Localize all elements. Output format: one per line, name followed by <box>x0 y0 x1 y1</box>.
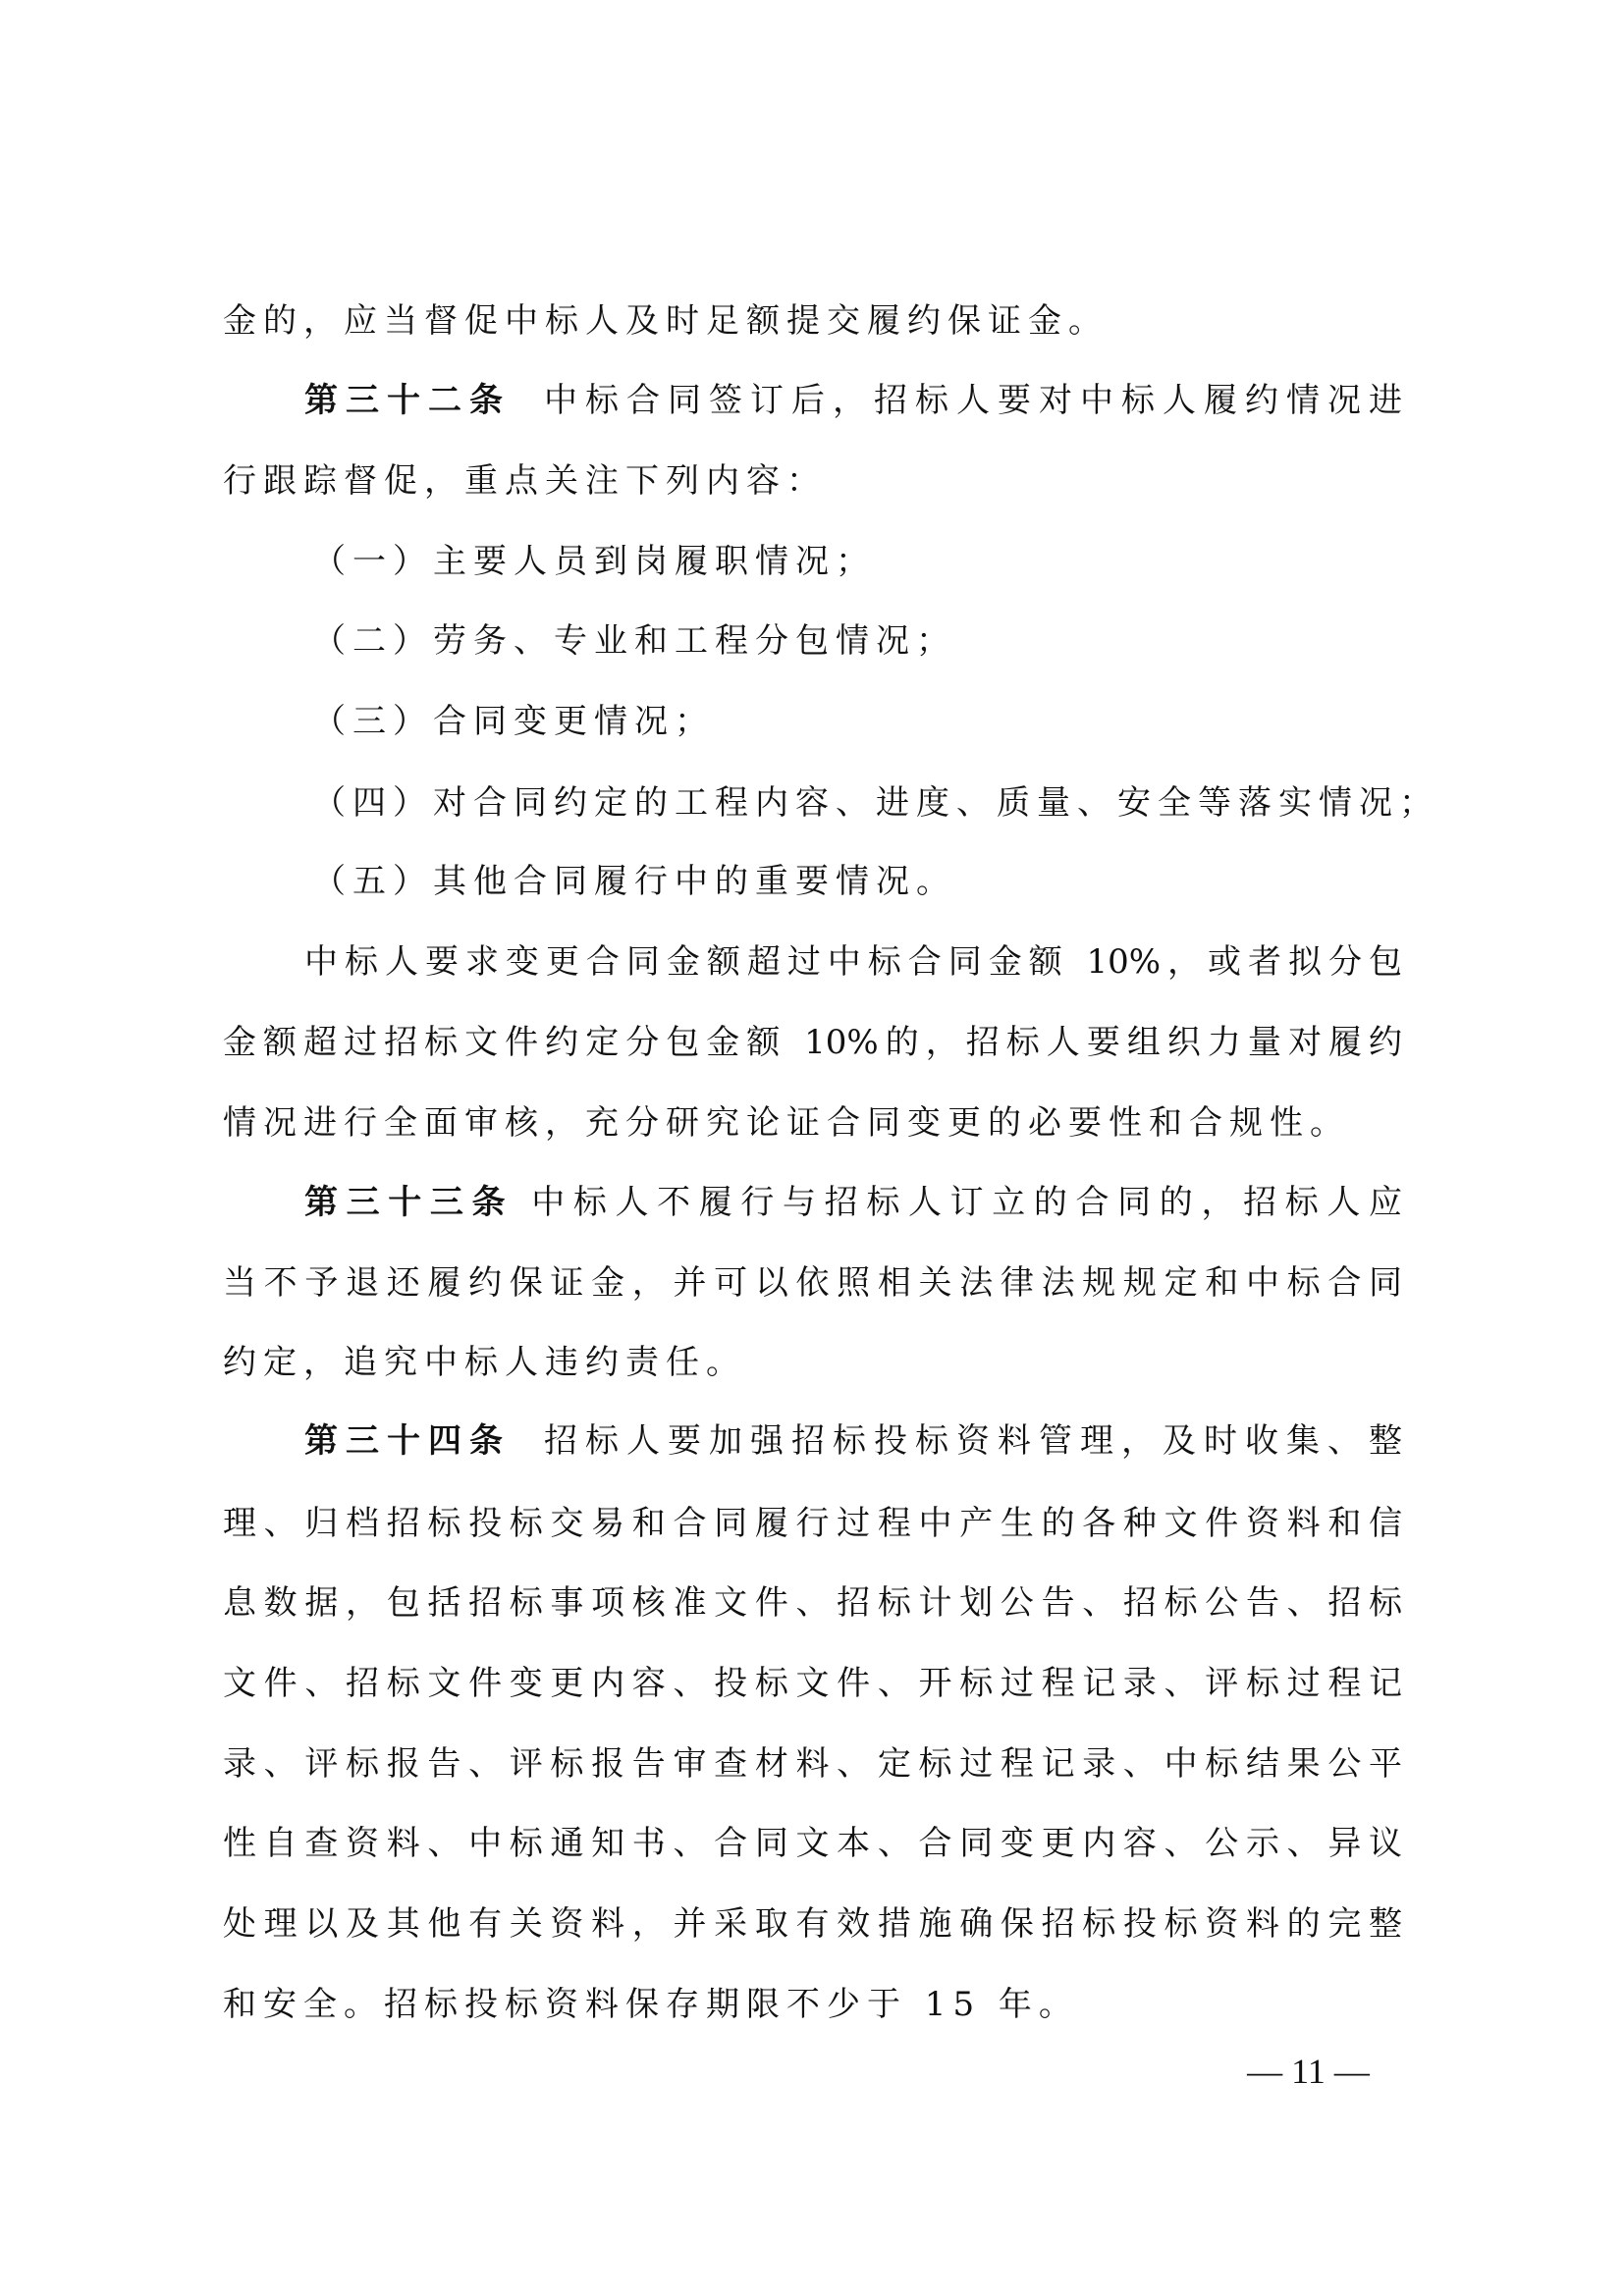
list-item: （一）主要人员到岗履职情况； <box>312 540 1491 583</box>
text-line: 行跟踪督促，重点关注下列内容： <box>223 459 1402 503</box>
document-page: 金的，应当督促中标人及时足额提交履约保证金。 第三十二条中标合同签订后，招标人要… <box>0 0 1624 2296</box>
list-item: （五）其他合同履行中的重要情况。 <box>312 860 1491 903</box>
text-line: 金的，应当督促中标人及时足额提交履约保证金。 <box>223 299 1402 343</box>
list-item: （三）合同变更情况； <box>312 700 1491 743</box>
list-item: （四）对合同约定的工程内容、进度、质量、安全等落实情况； <box>312 781 1491 825</box>
article-text: 中标人不履行与招标人订立的合同的，招标人应 <box>531 1183 1402 1222</box>
text-line: 文件、招标文件变更内容、投标文件、开标过程记录、评标过程记 <box>223 1662 1402 1705</box>
article-33-line-1: 第三十三条中标人不履行与招标人订立的合同的，招标人应 <box>304 1181 1402 1224</box>
text-line: 性自查资料、中标通知书、合同文本、合同变更内容、公示、异议 <box>223 1822 1402 1865</box>
article-text: 中标合同签订后，招标人要对中标人履约情况进 <box>544 381 1402 420</box>
text-line: 录、评标报告、评标报告审查材料、定标过程记录、中标结果公平 <box>223 1742 1402 1786</box>
article-34-line-1: 第三十四条招标人要加强招标投标资料管理，及时收集、整 <box>304 1419 1402 1463</box>
article-heading: 第三十二条 <box>304 381 511 420</box>
text-line: 约定，追究中标人违约责任。 <box>223 1341 1402 1384</box>
text-line: 情况进行全面审核，充分研究论证合同变更的必要性和合规性。 <box>223 1101 1402 1145</box>
article-text: 招标人要加强招标投标资料管理，及时收集、整 <box>544 1421 1402 1461</box>
text-line: 息数据，包括招标事项核准文件、招标计划公告、招标公告、招标 <box>223 1581 1402 1625</box>
text-line: 金额超过招标文件约定分包金额 10%的，招标人要组织力量对履约 <box>223 1021 1402 1064</box>
text-line: 中标人要求变更合同金额超过中标合同金额 10%，或者拟分包 <box>304 940 1402 984</box>
list-item: （二）劳务、专业和工程分包情况； <box>312 619 1491 663</box>
text-line: 处理以及其他有关资料，并采取有效措施确保招标投标资料的完整 <box>223 1902 1402 1946</box>
article-32-line-1: 第三十二条中标合同签订后，招标人要对中标人履约情况进 <box>304 379 1402 422</box>
article-heading: 第三十四条 <box>304 1421 511 1461</box>
text-line: 和安全。招标投标资料保存期限不少于 15 年。 <box>223 1983 1402 2026</box>
article-heading: 第三十三条 <box>304 1183 514 1222</box>
page-number: — 11 — <box>1227 2050 1389 2093</box>
text-line: 理、归档招标投标交易和合同履行过程中产生的各种文件资料和信 <box>223 1502 1402 1545</box>
text-line: 当不予退还履约保证金，并可以依照相关法律法规规定和中标合同 <box>223 1261 1402 1305</box>
